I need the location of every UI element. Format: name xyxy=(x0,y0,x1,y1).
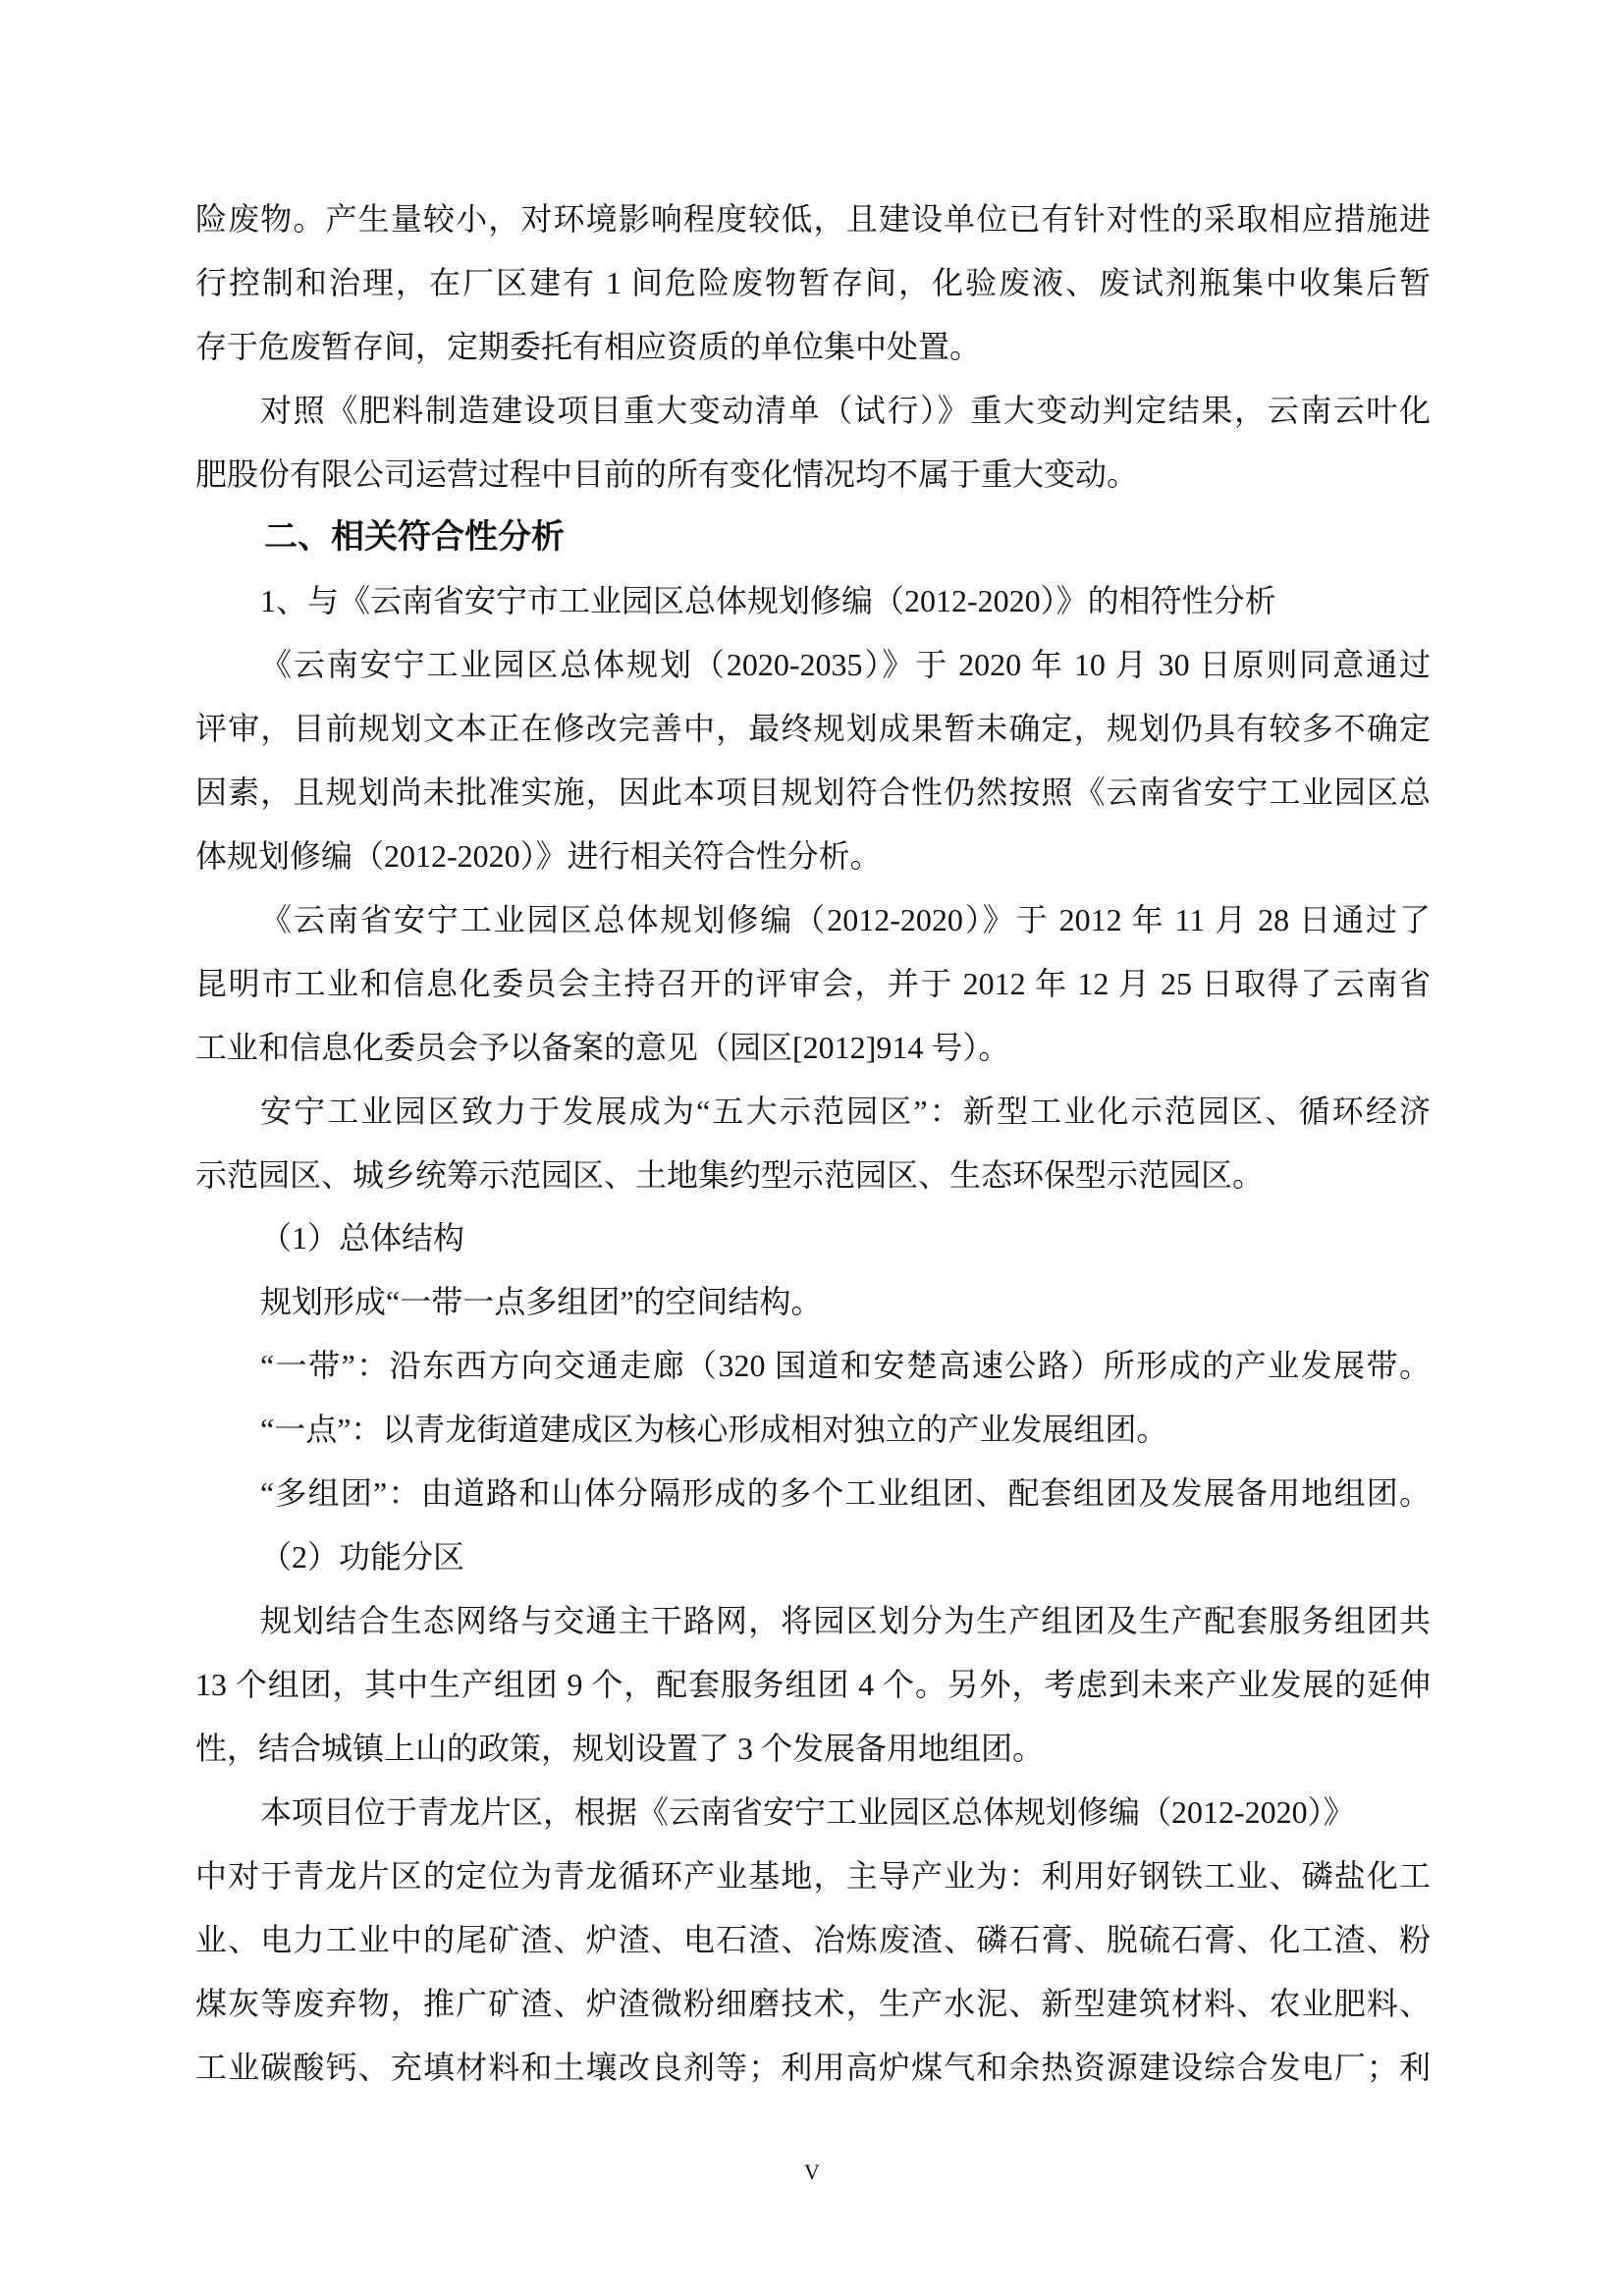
body-text-line: 业、电力工业中的尾矿渣、炉渣、电石渣、冶炼废渣、磷石膏、脱硫石膏、化工渣、粉 xyxy=(195,1908,1431,1971)
body-text-line: 存于危废暂存间，定期委托有相应资质的单位集中处置。 xyxy=(195,315,1431,378)
document-page: 险废物。产生量较小，对环境影响程度较低，且建设单位已有针对性的采取相应措施进 行… xyxy=(0,0,1624,2296)
paragraph-first-line: 《云南省安宁工业园区总体规划修编（2012-2020）》于 2012 年 11 … xyxy=(260,888,1431,951)
subsection-label: （1）总体结构 xyxy=(260,1206,1431,1269)
subsection-label: （2）功能分区 xyxy=(260,1525,1431,1588)
paragraph-first-line: “一带”：沿东西方向交通走廊（320 国道和安楚高速公路）所形成的产业发展带。 xyxy=(260,1334,1431,1397)
body-text-line: 行控制和治理，在厂区建有 1 间危险废物暂存间，化验废液、废试剂瓶集中收集后暂 xyxy=(195,251,1431,314)
paragraph-first-line: 对照《肥料制造建设项目重大变动清单（试行）》重大变动判定结果，云南云叶化 xyxy=(260,379,1431,442)
body-text-line: 中对于青龙片区的定位为青龙循环产业基地，主导产业为：利用好钢铁工业、磷盐化工 xyxy=(195,1844,1431,1907)
subsection-heading: 1、与《云南省安宁市工业园区总体规划修编（2012-2020）》的相符性分析 xyxy=(260,569,1431,632)
paragraph-first-line: “一点”：以青龙街道建成区为核心形成相对独立的产业发展组团。 xyxy=(260,1398,1431,1461)
body-text-line: 工业和信息化委员会予以备案的意见（园区[2012]914 号）。 xyxy=(195,1016,1431,1079)
body-text-line: 性，结合城镇上山的政策，规划设置了 3 个发展备用地组团。 xyxy=(195,1717,1431,1780)
body-text-line: 肥股份有限公司运营过程中目前的所有变化情况均不属于重大变动。 xyxy=(195,443,1431,506)
body-text-line: 体规划修编（2012-2020）》进行相关符合性分析。 xyxy=(195,825,1431,887)
body-text-line: 煤灰等废弃物，推广矿渣、炉渣微粉细磨技术，生产水泥、新型建筑材料、农业肥料、 xyxy=(195,1972,1431,2035)
paragraph-first-line: 安宁工业园区致力于发展成为“五大示范园区”：新型工业化示范园区、循环经济 xyxy=(260,1080,1431,1143)
paragraph-first-line: 规划结合生态网络与交通主干路网，将园区划分为生产组团及生产配套服务组团共 xyxy=(260,1589,1431,1652)
body-text-line: 工业碳酸钙、充填材料和土壤改良剂等；利用高炉煤气和余热资源建设综合发电厂；利 xyxy=(195,2036,1431,2099)
body-text-line: 13 个组团，其中生产组团 9 个，配套服务组团 4 个。另外，考虑到未来产业发… xyxy=(195,1653,1431,1716)
body-text-line: 险废物。产生量较小，对环境影响程度较低，且建设单位已有针对性的采取相应措施进 xyxy=(195,187,1431,250)
paragraph-first-line: 本项目位于青龙片区，根据《云南省安宁工业园区总体规划修编（2012-2020）》 xyxy=(260,1781,1431,1843)
paragraph-first-line: “多组团”：由道路和山体分隔形成的多个工业组团、配套组团及发展备用地组团。 xyxy=(260,1462,1431,1524)
page-number: V xyxy=(0,2156,1624,2189)
body-text-line: 昆明市工业和信息化委员会主持召开的评审会，并于 2012 年 12 月 25 日… xyxy=(195,952,1431,1015)
body-text-line: 因素，且规划尚未批准实施，因此本项目规划符合性仍然按照《云南省安宁工业园区总 xyxy=(195,761,1431,824)
body-text-line: 评审，目前规划文本正在修改完善中，最终规划成果暂未确定，规划仍具有较多不确定 xyxy=(195,697,1431,760)
paragraph-first-line: 《云南安宁工业园区总体规划（2020-2035）》于 2020 年 10 月 3… xyxy=(260,633,1431,696)
section-heading: 二、相关符合性分析 xyxy=(264,506,1499,568)
body-text-line: 示范园区、城乡统筹示范园区、土地集约型示范园区、生态环保型示范园区。 xyxy=(195,1144,1431,1206)
paragraph-first-line: 规划形成“一带一点多组团”的空间结构。 xyxy=(260,1270,1431,1333)
